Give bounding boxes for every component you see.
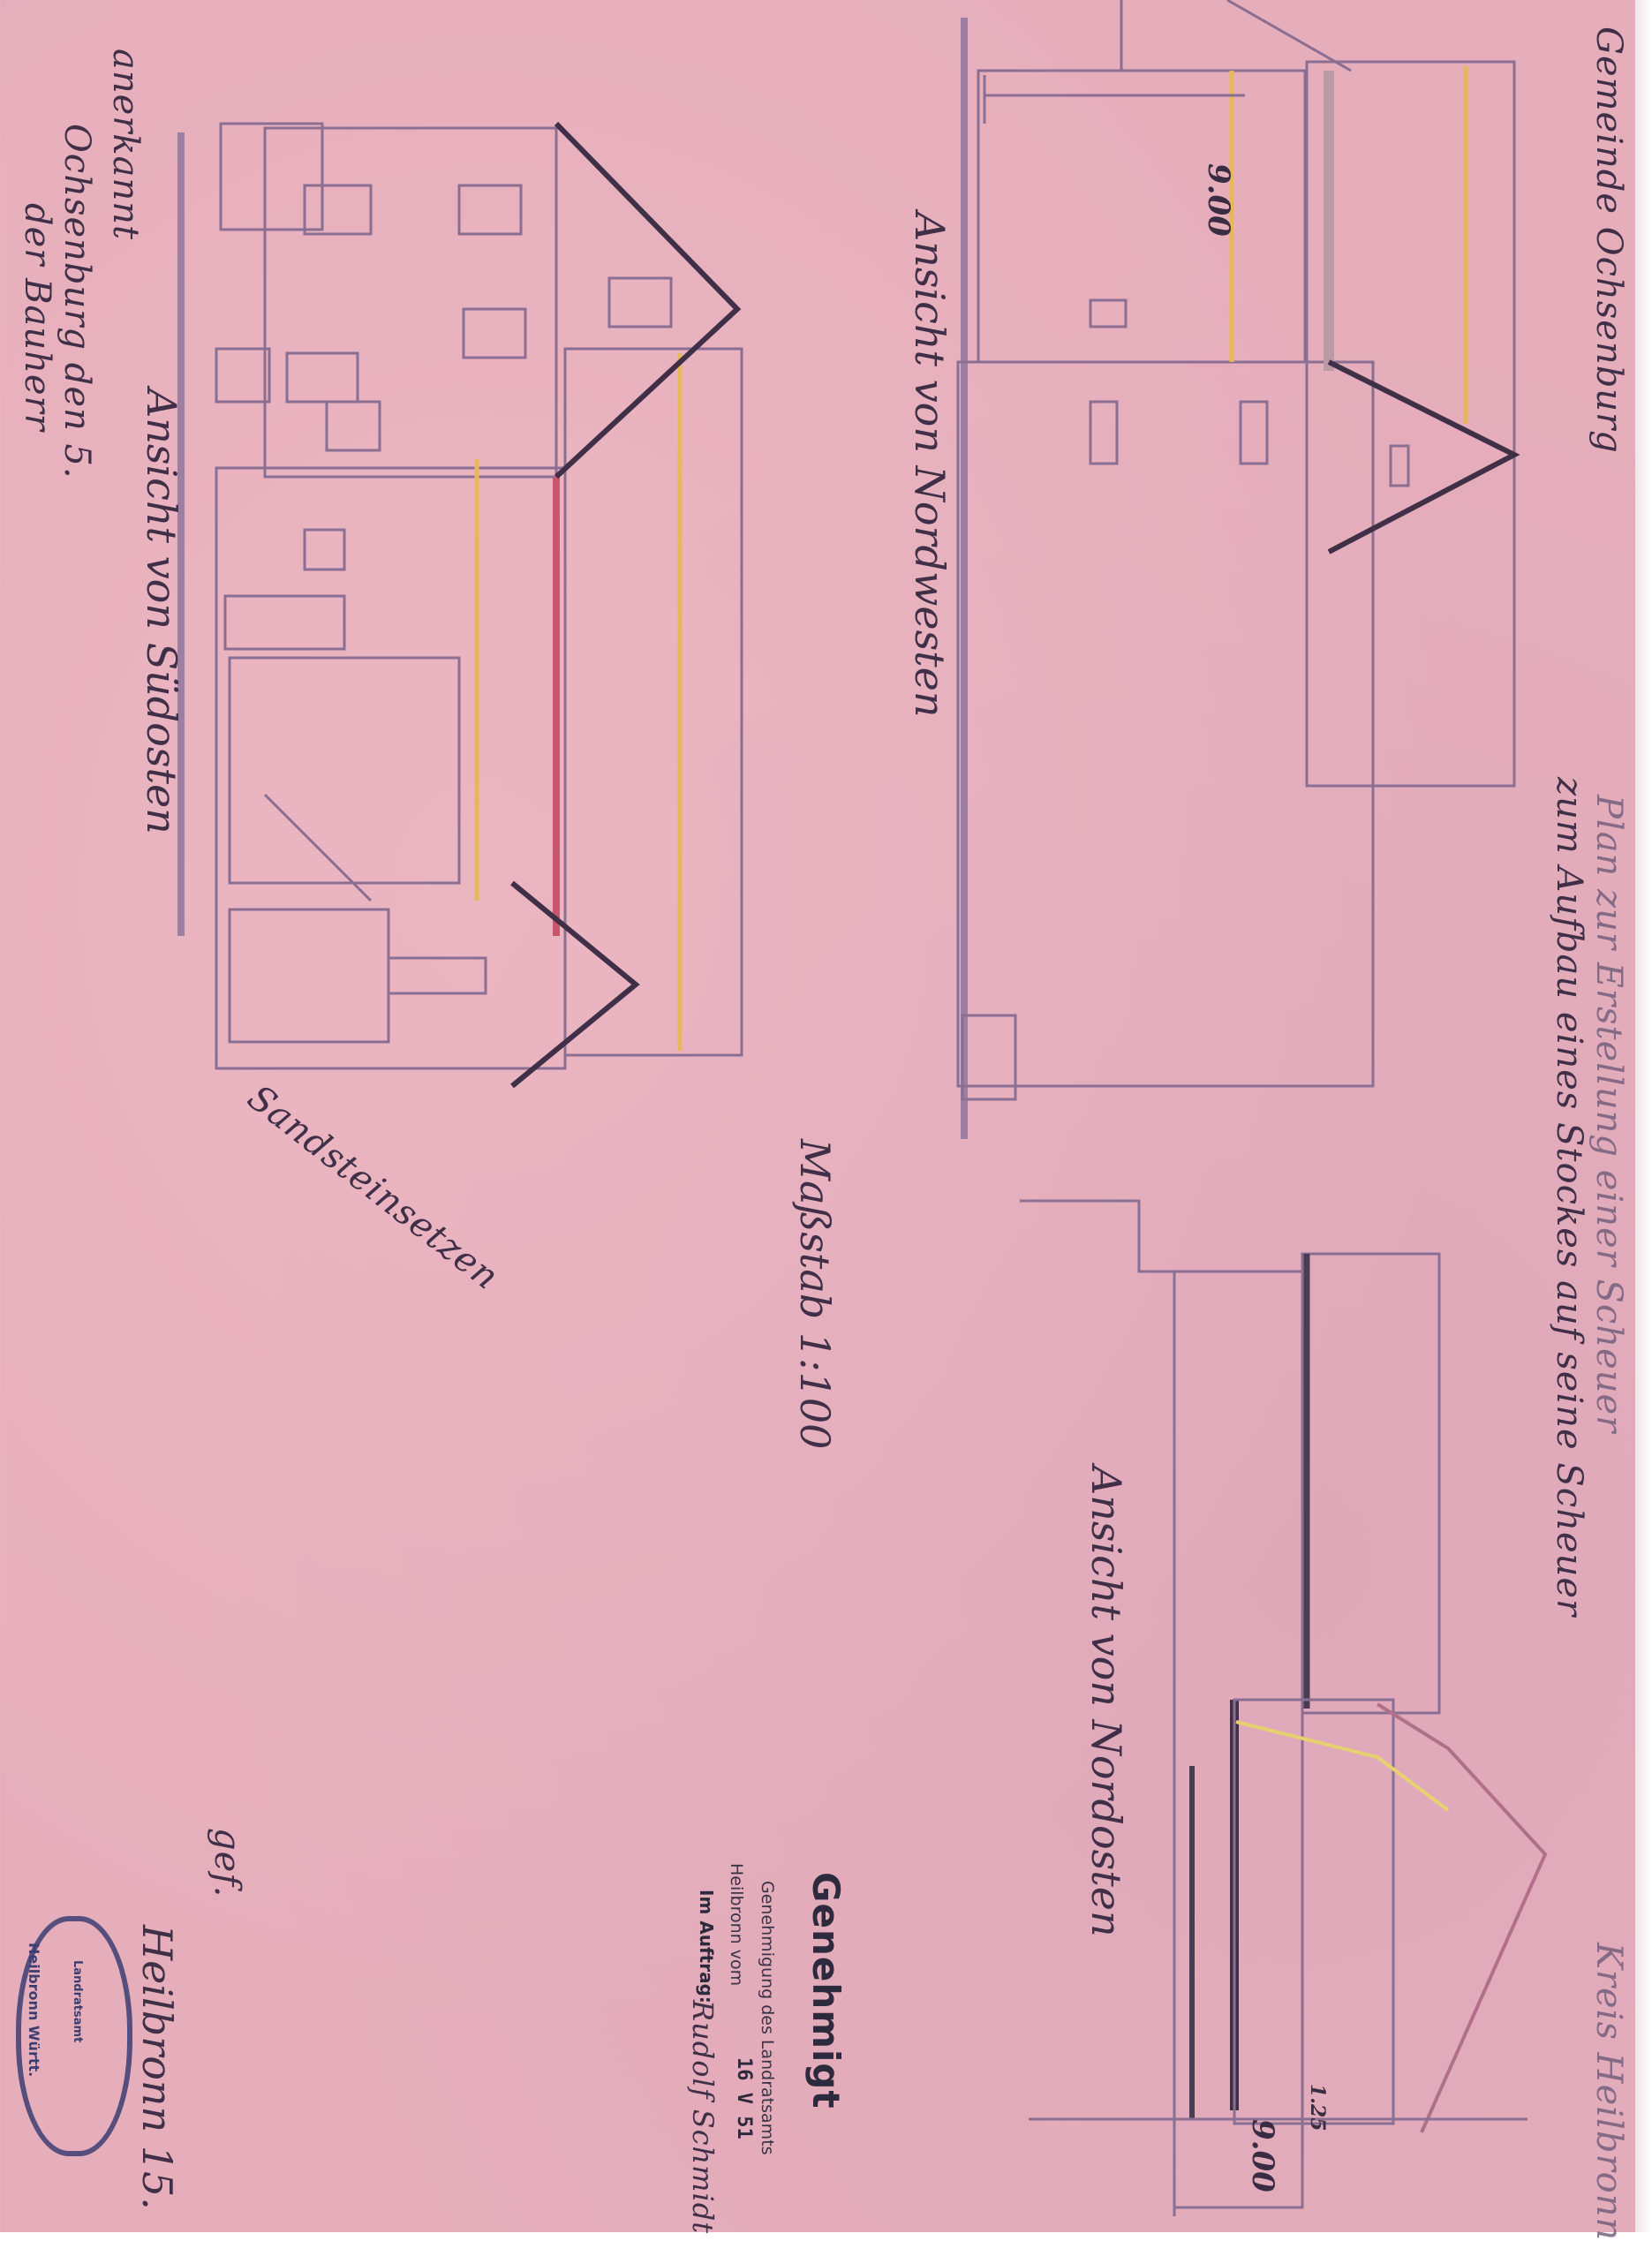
certification-abbrev: gef. (207, 1828, 247, 1898)
label-view-suedosten: Ansicht von Südosten (138, 389, 185, 834)
round-stamp-inner: Landratsamt (71, 1960, 84, 2042)
acknowledgement-line3: der Bauherr (17, 203, 57, 432)
certification-place-date: Heilbronn 15. (133, 1925, 181, 2210)
dimension-top: 9.00 (1201, 163, 1236, 237)
label-view-nordwesten: Ansicht von Nordwesten (906, 212, 954, 718)
acknowledgement-line2: Ochsenburg den 5. (57, 124, 97, 479)
dimension-small: 1.25 (1306, 2084, 1329, 2132)
dimension-bottom: 9.00 (1245, 2119, 1280, 2192)
stamp-line3-prefix: Im Auftrag: (696, 1890, 717, 2003)
acknowledgement-line1: anerkannt (105, 49, 146, 240)
stamp-line1: Genehmigung des Landratsamts (758, 1881, 777, 2155)
header-municipality: Gemeinde Ochsenburg (1588, 26, 1629, 454)
stamp-title: Genehmigt (804, 1872, 848, 2109)
header-project-line: zum Aufbau eines Stockes auf seine Scheu… (1549, 777, 1589, 1617)
view-suedosten-drawing (181, 124, 742, 1086)
stamp-date: 16 V 51 (733, 2057, 755, 2139)
view-nordwesten-drawing (958, 0, 1514, 1139)
stamp-line2-prefix: Heilbronn vom (727, 1863, 746, 1986)
header-project-line-faded: Plan zur Erstellung einer Scheuer (1588, 795, 1629, 1433)
scale-note: Maßstab 1:100 (791, 1139, 839, 1449)
label-view-nordosten: Ansicht von Nordosten (1082, 1466, 1130, 1937)
header-district: Kreis Heilbronn (1588, 1943, 1629, 2241)
stamp-signature: Rudolf Schmidt (686, 2000, 720, 2234)
round-stamp-text: Heilbronn Württ. (26, 1943, 42, 2077)
